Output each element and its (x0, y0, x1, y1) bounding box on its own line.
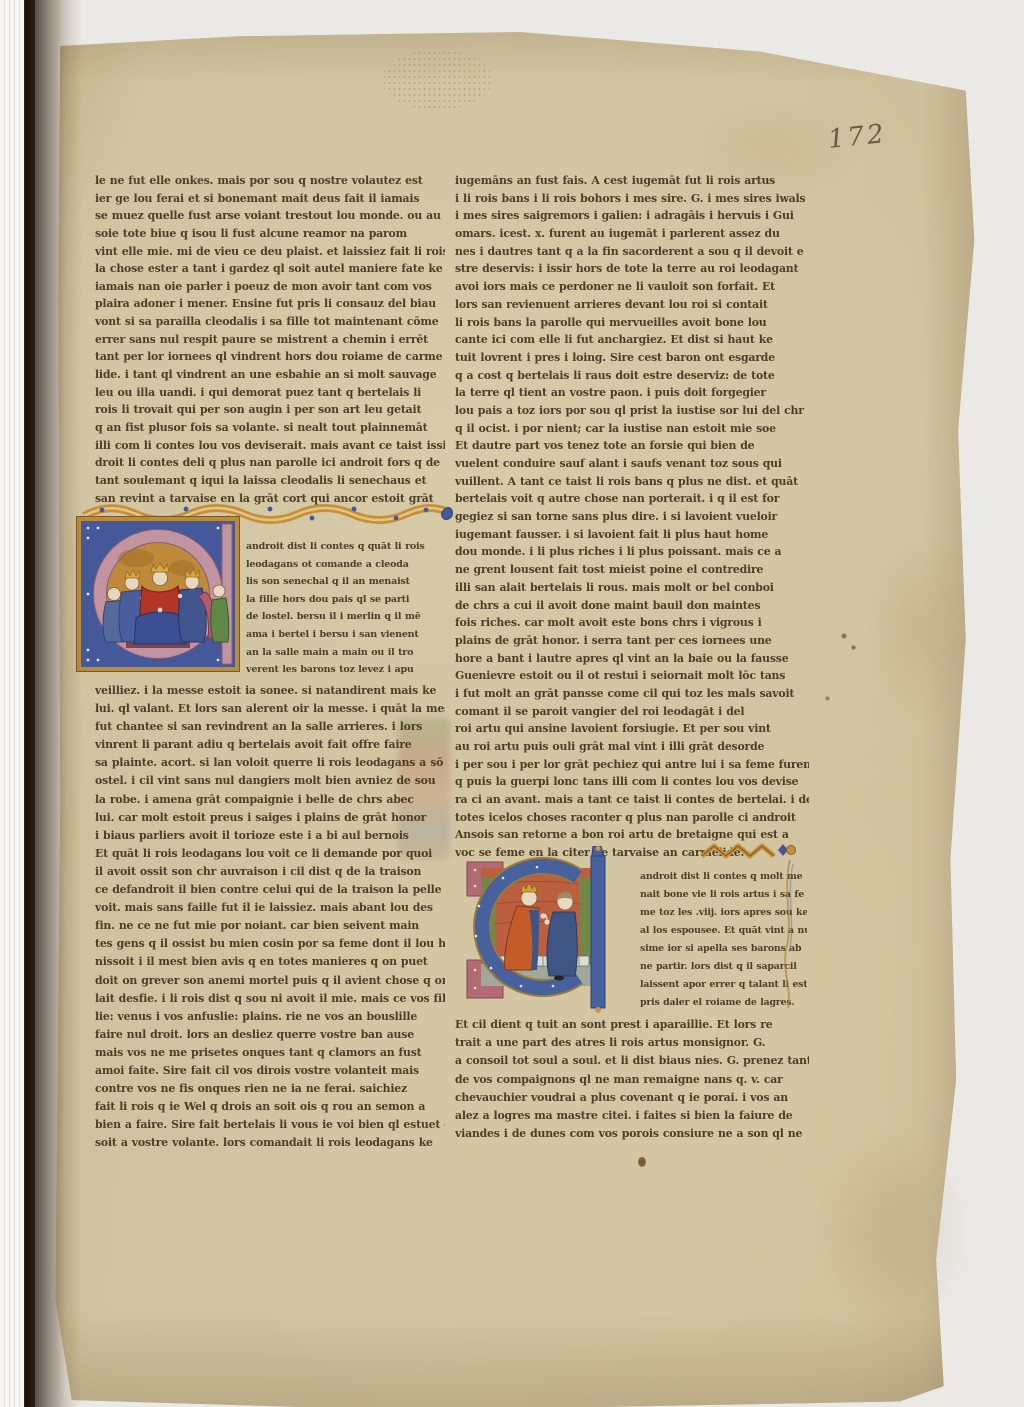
text-line: lie: venus i vos anfuslie: plains. rie n… (95, 1008, 445, 1026)
text-line: fin. ne ce ne fut mie por noiant. car bi… (95, 917, 445, 935)
text-line: trait a une part des atres li rois artus… (455, 1034, 809, 1052)
text-line: mais vos ne me prisetes onques tant q cl… (95, 1044, 445, 1062)
text-line: roi artu qui ansine lavoient forsiugie. … (455, 720, 809, 738)
text-line: li rois bans la parolle qui mervueilles … (455, 314, 809, 332)
text-line: soie tote biue q isou li fust alcune rea… (95, 225, 445, 243)
text-line: leodagans ot comande a cleoda (246, 556, 442, 574)
text-line: contre vos ne fis onques rien ne ia ne f… (95, 1080, 445, 1098)
text-line: la chose ester a tant i gardez ql soit a… (95, 260, 445, 278)
text-line: tuit lovrent i pres i loing. Sire cest b… (455, 349, 809, 367)
left-column-upper-text: le ne fut elle onkes. mais por sou q nos… (95, 172, 445, 507)
text-line: de vos compaignons ql ne man remaigne na… (455, 1071, 809, 1089)
text-line: leu ou illa uandi. i qui demorat puez ta… (95, 384, 445, 402)
folio-number: 172 (827, 119, 888, 155)
text-line: a consoil tot soul a soul. et li dist bi… (455, 1052, 809, 1070)
text-line: comant il se paroit vangier del roi leod… (455, 703, 809, 721)
text-line: illi com li contes lou vos deviserait. m… (95, 437, 445, 455)
text-line: vint elle mie. mi de vieu ce deu plaist.… (95, 243, 445, 261)
historiated-initial-king-and-clerk-icon (441, 846, 635, 1014)
text-line: la terre ql tient an vostre paon. i puis… (455, 384, 809, 402)
text-line: q puis la guerpi lonc tans illi com li c… (455, 773, 809, 791)
text-line: plains de grāt honor. i serra tant per c… (455, 632, 809, 650)
text-line: voit. mais sans faille fut il ie laissie… (95, 899, 445, 917)
text-line: Guenievre estoit ou il ot restui i seior… (455, 667, 809, 685)
text-line: amoi faite. Sire fait cil vos dirois vos… (95, 1062, 445, 1080)
text-line: iugemant fausser. i si lavoient fait li … (455, 526, 809, 544)
text-line: ra ci an avant. mais a tant ce taist li … (455, 791, 809, 809)
text-line: tant soulemant q iqui la laissa cleodali… (95, 472, 445, 490)
text-line: fut chantee si san revindrent an la sall… (95, 718, 445, 736)
text-line: i biaus parliers avoit il torioze este i… (95, 827, 445, 845)
text-line: lide. i tant ql vindrent an une esbahie … (95, 366, 445, 384)
text-line: an la salle main a main ou il tro (246, 644, 442, 662)
text-line: iugemāns an fust fais. A cest iugemāt fu… (455, 172, 809, 190)
text-line: totes icelos choses raconter q plus nan … (455, 809, 809, 827)
text-line: viandes i de dunes com vos porois consiu… (455, 1125, 809, 1143)
text-line: i per sou i per lor grāt pechiez qui ant… (455, 756, 809, 774)
text-line: droit li contes deli q plus nan parolle … (95, 454, 445, 472)
text-line: i mes sires saigremors i galien: i adrag… (455, 207, 809, 225)
text-line: plaira adoner i mener. Ensine fut pris l… (95, 295, 445, 313)
text-line: dou monde. i li plus riches i li plus po… (455, 543, 809, 561)
text-line: verent les barons toz levez i apu (246, 661, 442, 679)
text-line: doit on grever son anemi mortel puis q i… (95, 972, 445, 990)
text-line: il avoit ossit son chr auvraison i cil d… (95, 863, 445, 881)
text-line: Et cil dient q tuit an sont prest i apar… (455, 1016, 809, 1034)
text-line: lou pais a toz iors por sou ql prist la … (455, 402, 809, 420)
text-line: vinrent li parant adiu q bertelais avoit… (95, 736, 445, 754)
text-line: au roi artu puis ouli grāt mal vint i il… (455, 738, 809, 756)
right-column-lower-text: Et cil dient q tuit an sont prest i apar… (455, 1016, 809, 1143)
text-line: lait desfie. i li rois dist q sou ni avo… (95, 990, 445, 1008)
text-line: fois riches. car molt avoit este bons ch… (455, 614, 809, 632)
text-line: iamais nan oie parler i poeuz de mon avo… (95, 278, 445, 296)
text-line: bertelais voit q autre chose nan portera… (455, 490, 809, 508)
text-line: lui. ql valant. Et lors san alerent oir … (95, 700, 445, 718)
text-line: rois li trovait qui per son augin i per … (95, 401, 445, 419)
text-line: veilliez. i la messe estoit ia sonee. si… (95, 682, 445, 700)
text-line: i li rois bans i li rois bohors i mes si… (455, 190, 809, 208)
text-line: tes gens q il ossist bu mien cosin por s… (95, 935, 445, 953)
text-line: tant per lor iornees ql vindrent hors do… (95, 348, 445, 366)
text-line: ostel. i cil vint sans nul dangiers molt… (95, 772, 445, 790)
text-line: fait li rois q ie Wel q drois an soit oi… (95, 1098, 445, 1116)
text-line: Et quāt li rois leodagans lou voit ce li… (95, 845, 445, 863)
right-column-upper-text: iugemāns an fust fais. A cest iugemāt fu… (455, 172, 809, 862)
text-line: ce defandroit il bien contre celui qui d… (95, 881, 445, 899)
text-line: le ne fut elle onkes. mais por sou q nos… (95, 172, 445, 190)
text-line: q il ocist. i por nient; car la iustise … (455, 420, 809, 438)
text-line: omars. icest. x. furent au iugemāt i par… (455, 225, 809, 243)
text-line: q an fist plusor fois sa volante. si nea… (95, 419, 445, 437)
left-column-lower-text: veilliez. i la messe estoit ia sonee. si… (95, 682, 445, 1152)
text-line: de chrs a cui il avoit done maint bauil … (455, 597, 809, 615)
text-line: se muez quelle fust arse voiant trestout… (95, 207, 445, 225)
text-line: vuelent conduire sauf alant i saufs vena… (455, 455, 809, 473)
text-line: lors san revienuent arrieres devant lou … (455, 296, 809, 314)
text-line: illi san alait bertelais li rous. mais m… (455, 579, 809, 597)
text-line: bien a faire. Sire fait bertelais li vou… (95, 1116, 445, 1134)
text-line: ama i bertel i bersu i san vienent (246, 626, 442, 644)
text-line: gegiez si san torne sans plus dire. i si… (455, 508, 809, 526)
text-line: nissoit i il mest bien avis q en totes m… (95, 953, 445, 971)
text-line: soit a vostre volante. lors comandait li… (95, 1134, 445, 1152)
text-line: errer sans nul respit paure se mistrent … (95, 331, 445, 349)
text-line: vuillent. A tant ce taist li rois bans q… (455, 473, 809, 491)
text-line: chevauchier voudrai a plus covenant q ie… (455, 1089, 809, 1107)
text-line: vont si sa parailla cleodalis i sa fille… (95, 313, 445, 331)
text-line: sa plainte. acort. si lan voloit querre … (95, 754, 445, 772)
pen-flourish-tail-icon (780, 860, 798, 1010)
text-line: Et dautre part vos tenez tote an forsie … (455, 437, 809, 455)
gutter-shadow (24, 0, 82, 1407)
text-line: de lostel. bersu il i merlin q il mē (246, 608, 442, 626)
text-line: avoi iors mais ce perdoner ne li vauloit… (455, 278, 809, 296)
text-line: q a cost q bertelais li raus doit estre … (455, 367, 809, 385)
text-line: ne grent lousent fait tost mieist poine … (455, 561, 809, 579)
text-line: lui. car molt estoit preus i saiges i pl… (95, 809, 445, 827)
text-line: ier ge lou ferai et si bonemant mait deu… (95, 190, 445, 208)
historiated-initial-crowned-king-council-icon (76, 516, 240, 672)
text-line: lis son senechal q il an menaist (246, 573, 442, 591)
text-line: i fut molt an grāt pansse come cil qui t… (455, 685, 809, 703)
text-line: hore a bant i lautre apres ql vint an la… (455, 650, 809, 668)
left-column-text-beside-initial: androit dist li contes q quāt li roisleo… (246, 538, 442, 679)
text-line: stre deservis: i issir hors de tote la t… (455, 260, 809, 278)
text-line: cante ici com elle li fut anchargiez. Et… (455, 331, 809, 349)
text-line: la fille hors dou pais ql se parti (246, 591, 442, 609)
text-line: androit dist li contes q quāt li rois (246, 538, 442, 556)
underlying-page-edges (0, 0, 24, 1407)
text-line: la robe. i amena grāt compaignie i belle… (95, 791, 445, 809)
text-line: alez a logres ma mastre citei. i faites … (455, 1107, 809, 1125)
text-line: nes i dautres tant q a la fin sacorderen… (455, 243, 809, 261)
text-line: faire nul droit. lors an desliez querre … (95, 1026, 445, 1044)
